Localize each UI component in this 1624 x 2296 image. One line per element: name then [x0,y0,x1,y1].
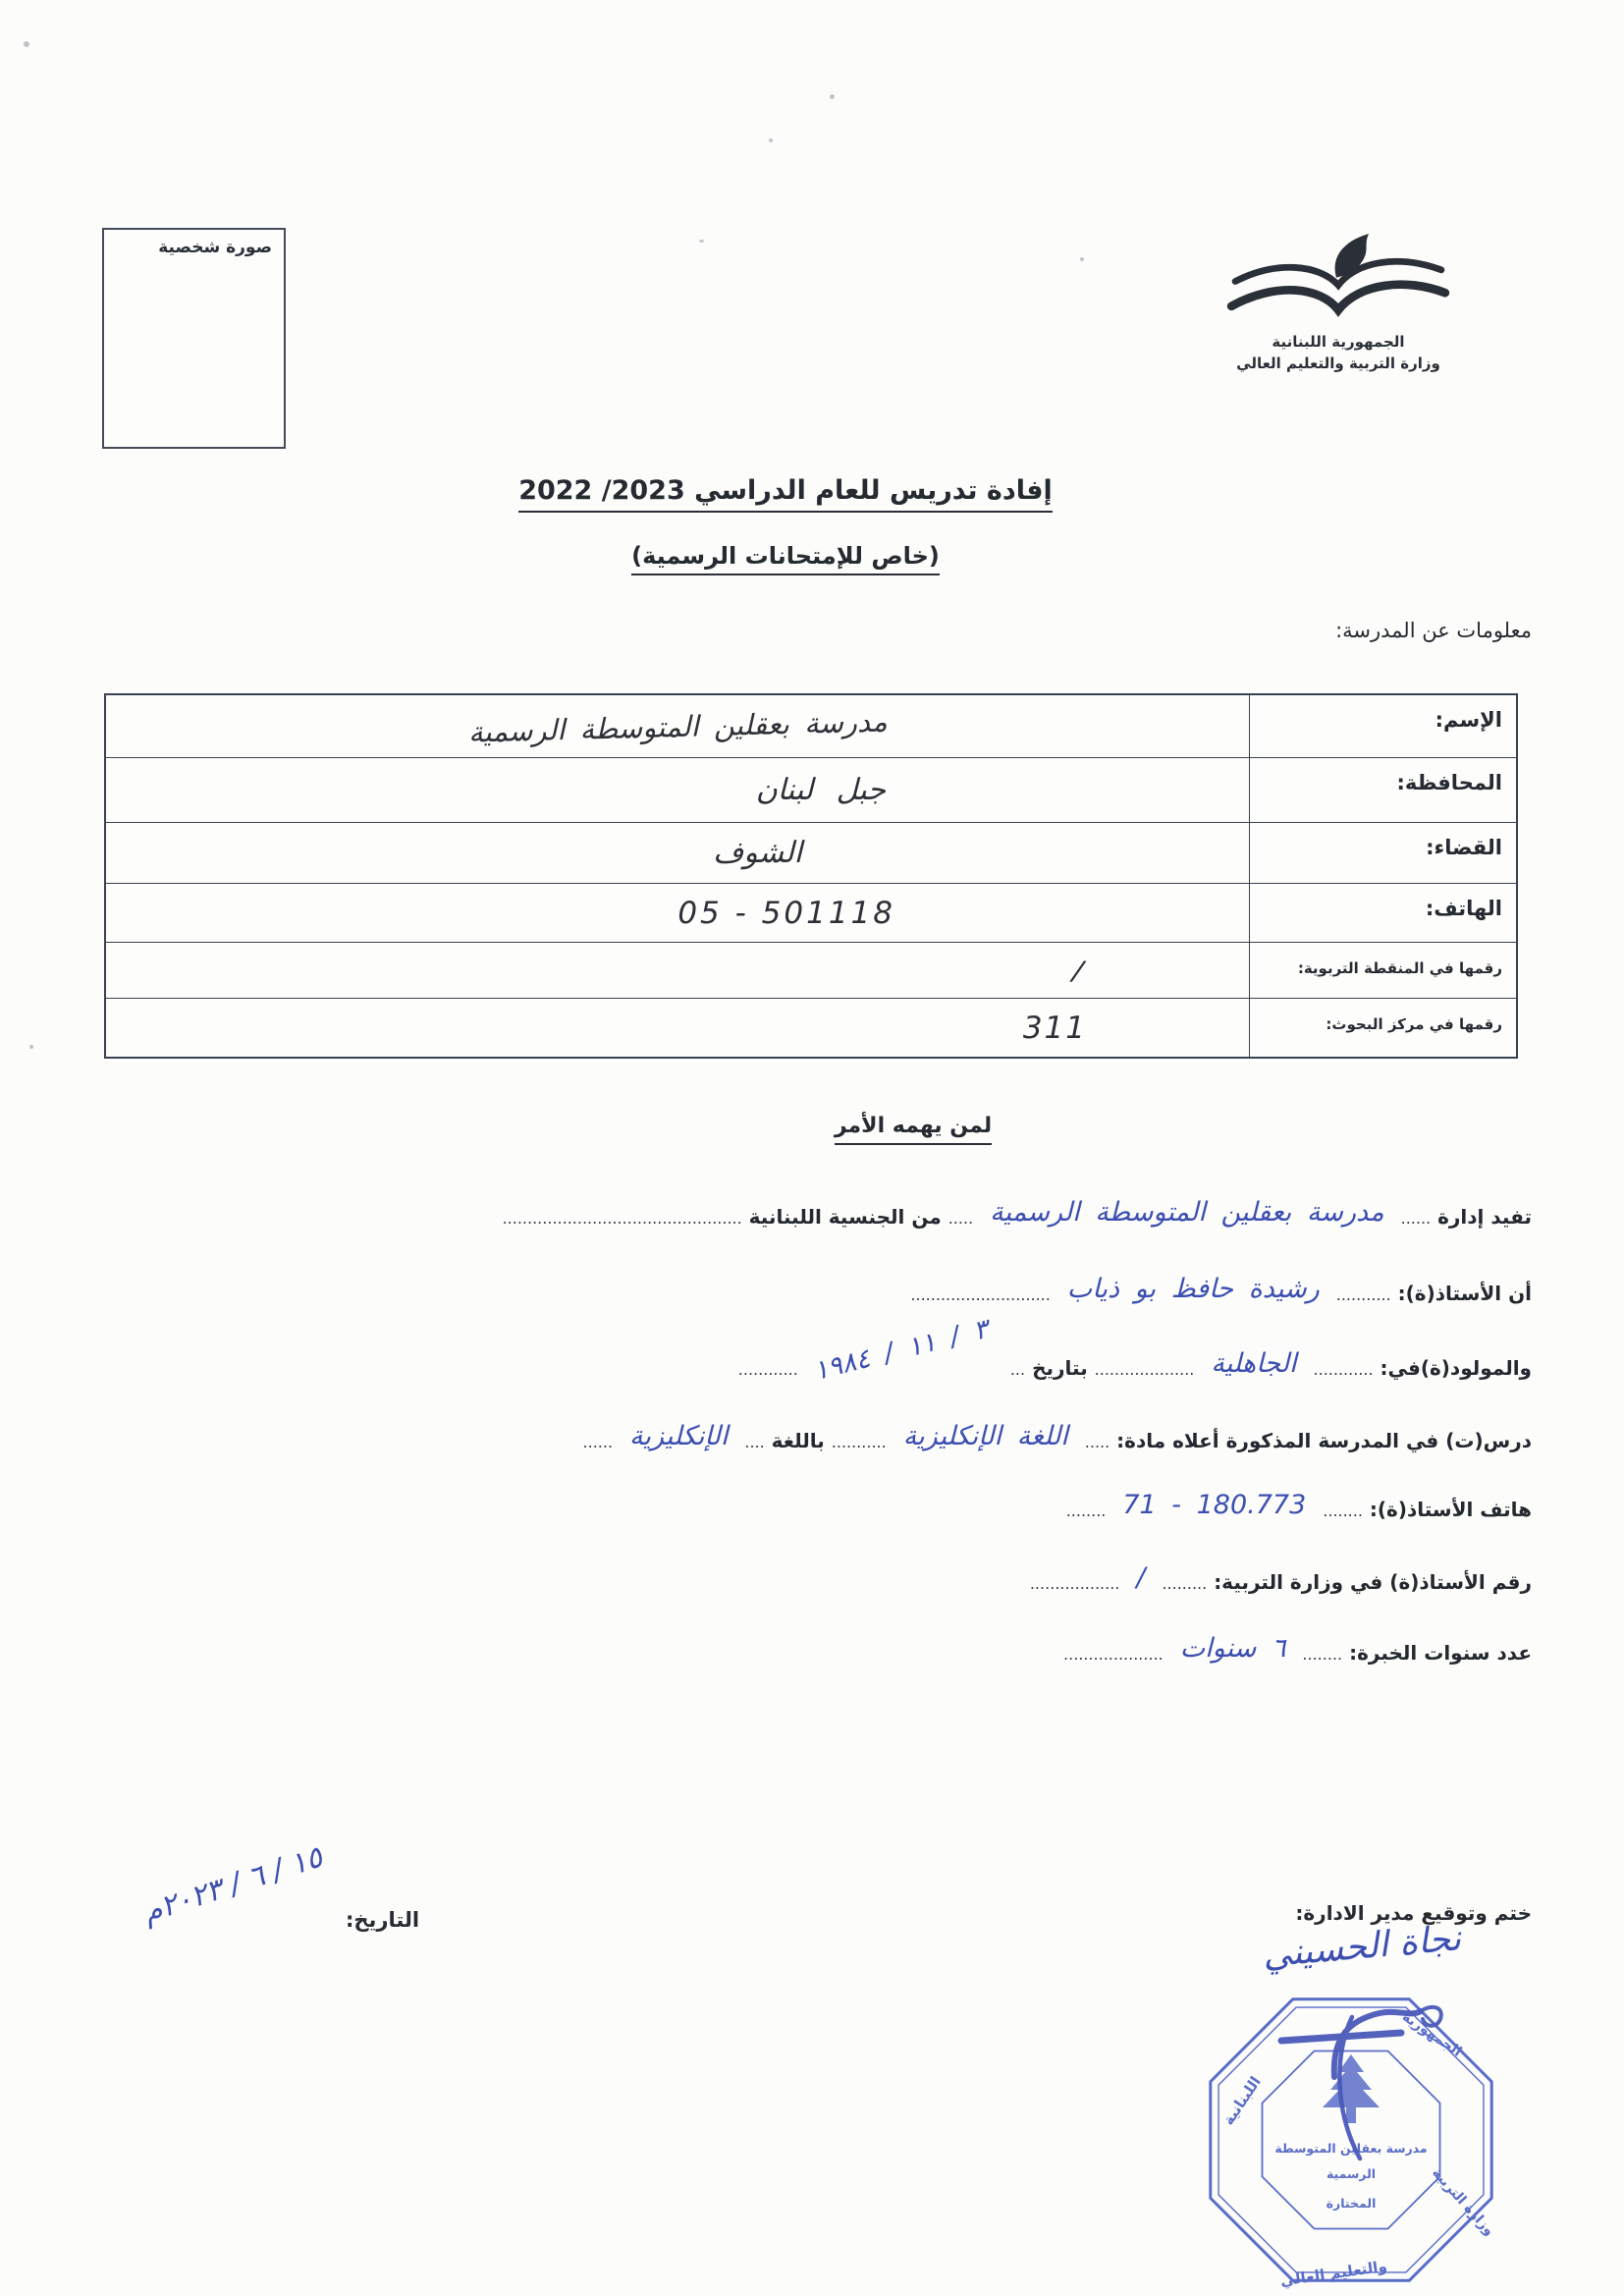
handwritten-language: الإنكليزية [629,1421,728,1451]
line-suffix: باللغة [772,1429,825,1452]
dotted-leader: ........ [1323,1502,1363,1520]
cedar-icon [1323,2054,1380,2123]
row-value-phone: 05 - 501118 [106,884,1249,943]
dotted-leader: ............ [738,1360,798,1379]
official-school-stamp: الجمهورية اللبنانية وزارة التربية والتعل… [1186,1984,1516,2296]
dotted-leader: .................. [1030,1574,1120,1593]
stamp-lebanese-text: اللبنانية [1219,2073,1265,2128]
row-label-research-center-number: رقمها في مركز البحوث: [1249,999,1516,1057]
letter-line-subject: درس(ت) في المدرسة المذكورة أعلاه مادة: .… [583,1424,1532,1454]
letter-line-birthplace: والمولود(ة)في: ............ الجاهلية ...… [738,1351,1532,1382]
scan-speck [29,1045,33,1049]
dotted-leader: ...... [583,1433,614,1451]
line-prefix: هاتف الأستاذ(ة): [1370,1498,1532,1521]
letter-line-teacher-name: أن الأستاذ(ة): ........... رشيدة حافظ بو… [910,1277,1532,1307]
line-prefix: تفيد إدارة [1437,1205,1532,1229]
dotted-leader: .... [744,1433,764,1451]
dotted-leader: ........ [1066,1502,1107,1520]
row-label-phone: الهاتف: [1249,884,1516,943]
row-value-educational-zone-number: / [106,943,1249,999]
handwritten-teacher-phone: 71 - 180.773 [1122,1490,1306,1520]
open-book-flame-icon [1221,232,1455,332]
handwritten-experience-years: ٦ سنوات [1180,1633,1286,1664]
date-label: التاريخ: [346,1908,419,1932]
letter-heading-block: لمن يهمه الأمر [756,1114,1070,1145]
handwritten-zone-number: / [1070,954,1084,987]
certificate-title-block: إفادة تدريس للعام الدراسي 2023/ 2022 [393,475,1178,513]
ministry-name: وزارة التربية والتعليم العالي [1206,354,1471,375]
scan-speck [830,94,835,99]
dotted-leader: ........................................… [503,1209,742,1228]
ministry-logo: الجمهورية اللبنانية وزارة التربية والتعل… [1206,232,1471,375]
handwritten-ministry-number: / [1136,1562,1145,1593]
row-value-district: الشوف [106,823,1249,884]
school-info-table: الإسم: مدرسة بعقلين المتوسطة الرسمية الم… [104,693,1518,1059]
dotted-leader: ........... [1336,1285,1391,1304]
dotted-leader: ............................ [910,1285,1050,1304]
row-value-research-center-number: 311 [106,999,1249,1057]
letter-line-experience-years: عدد سنوات الخبرة: ........ ٦ سنوات .....… [1063,1636,1532,1667]
scan-speck [24,41,29,47]
line-prefix: رقم الأستاذ(ة) في وزارة التربية: [1214,1570,1532,1594]
dotted-leader: ... [1010,1360,1025,1379]
dotted-leader: ............ [1314,1360,1374,1379]
certificate-subtitle: (خاص للإمتحانات الرسمية) [631,542,940,575]
handwritten-subject: اللغة الإنكليزية [903,1421,1068,1451]
handwritten-district: الشوف [713,836,802,870]
scan-speck [1080,257,1084,261]
row-value-governorate: جبل لبنان [106,758,1249,823]
handwritten-date: ١٥ / ٦ / ٢٠٢٣م [111,1831,355,1940]
line-prefix: والمولود(ة)في: [1380,1356,1532,1380]
republic-name: الجمهورية اللبنانية [1206,332,1471,354]
photo-placeholder-box: صورة شخصية [102,228,286,449]
handwritten-birthdate: ٣ / ١١ / ١٩٨٤ [810,1314,991,1387]
stamp-ministry-text-b: والتعليم العالي [1279,2258,1388,2290]
row-value-name: مدرسة بعقلين المتوسطة الرسمية [106,695,1249,758]
handwritten-teacher-name: رشيدة حافظ بو ذياب [1067,1274,1320,1304]
line-prefix: أن الأستاذ(ة): [1398,1282,1532,1305]
line-suffix: بتاريخ [1032,1356,1088,1380]
letter-line-ministry-number: رقم الأستاذ(ة) في وزارة التربية: .......… [1030,1565,1532,1596]
scan-speck [769,138,773,142]
scan-speck [699,240,704,243]
handwritten-birthplace: الجاهلية [1211,1348,1296,1379]
certificate-title: إفادة تدريس للعام الدراسي 2023/ 2022 [518,475,1053,513]
line-prefix: درس(ت) في المدرسة المذكورة أعلاه مادة: [1116,1429,1532,1452]
handwritten-phone: 05 - 501118 [677,896,895,931]
handwritten-research-number: 311 [1023,1011,1087,1046]
dotted-leader: ..... [1085,1433,1110,1451]
dotted-leader: .................... [1095,1360,1195,1379]
handwritten-school-name: مدرسة بعقلين المتوسطة الرسمية [467,704,887,748]
row-label-district: القضاء: [1249,823,1516,884]
row-label-name: الإسم: [1249,695,1516,758]
line-suffix: من الجنسية اللبنانية [749,1205,942,1229]
handwritten-school-name-fill: مدرسة بعقلين المتوسطة الرسمية [990,1197,1384,1228]
school-info-heading: معلومات عن المدرسة: [1335,619,1532,642]
row-label-governorate: المحافظة: [1249,758,1516,823]
stamp-school-text-b: الرسمية [1326,2166,1376,2181]
dotted-leader: ........... [832,1433,887,1451]
dotted-leader: .................... [1063,1645,1164,1664]
line-prefix: عدد سنوات الخبرة: [1349,1641,1532,1665]
letter-heading: لمن يهمه الأمر [835,1114,992,1145]
stamp-school-text-c: المختارة [1326,2196,1377,2211]
dotted-leader: ...... [1401,1209,1432,1228]
dotted-leader: ........ [1302,1645,1342,1664]
handwritten-governorate: جبل لبنان [756,773,886,807]
row-label-educational-zone-number: رقمها في المنقطة التربوية: [1249,943,1516,999]
stamp-republic-text: الجمهورية [1399,2009,1464,2060]
scanned-teaching-certificate: صورة شخصية الجمهورية اللبنانية وزارة الت… [0,0,1624,2296]
dotted-leader: ..... [948,1209,973,1228]
certificate-subtitle-block: (خاص للإمتحانات الرسمية) [393,542,1178,575]
letter-line-teacher-phone: هاتف الأستاذ(ة): ........ 71 - 180.773 .… [1066,1493,1532,1523]
letter-line-administration: تفيد إدارة ...... مدرسة بعقلين المتوسطة … [503,1200,1532,1230]
photo-box-label: صورة شخصية [158,238,272,257]
dotted-leader: ......... [1162,1574,1207,1593]
